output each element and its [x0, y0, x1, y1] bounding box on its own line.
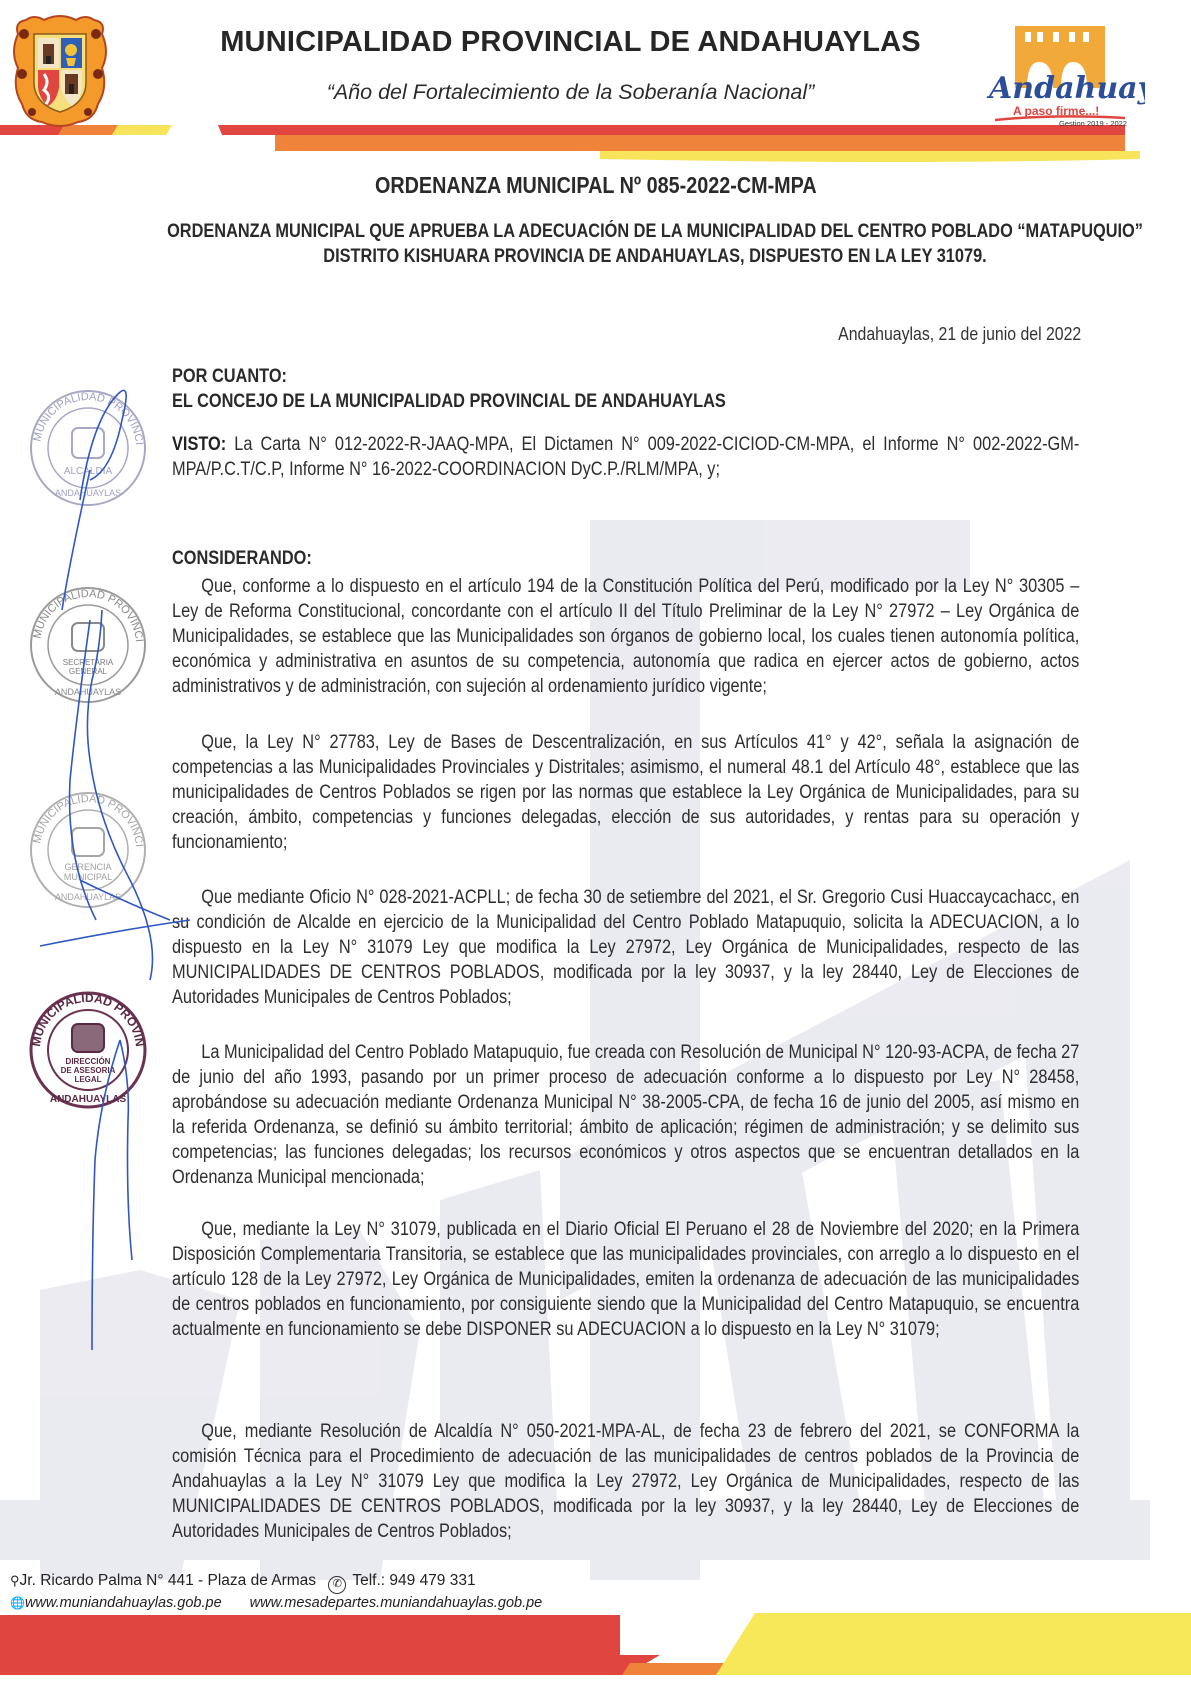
svg-text:MUNICIPALIDAD PROVINCIAL: MUNICIPALIDAD PROVINCIAL [28, 585, 145, 643]
svg-text:ANDAHUAYLAS: ANDAHUAYLAS [50, 1094, 127, 1105]
por-cuanto-heading: POR CUANTO: [172, 366, 287, 388]
footer-websites: 🌐www.muniandahuaylas.gob.pewww.mesadepar… [10, 1595, 542, 1611]
svg-text:GERENCIA: GERENCIA [64, 862, 111, 872]
phone-icon: ✆ [328, 1576, 346, 1594]
considerando-paragraph-2: Que, la Ley N° 27783, Ley de Bases de De… [172, 730, 1079, 855]
svg-text:MUNICIPALIDAD PROVINCIAL: MUNICIPALIDAD PROVINCIAL [28, 388, 145, 446]
ordinance-subject: ORDENANZA MUNICIPAL QUE APRUEBA LA ADECU… [160, 219, 1150, 269]
considerando-paragraph-1: Que, conforme a lo dispuesto en el artíc… [172, 574, 1079, 699]
considerando-heading: CONSIDERANDO: [172, 548, 312, 570]
svg-text:Andahuaylas: Andahuaylas [986, 71, 1145, 106]
svg-text:Gestion 2019 - 2022: Gestion 2019 - 2022 [1059, 119, 1127, 128]
phone-number: Telf.: 949 479 331 [352, 1572, 475, 1589]
globe-icon: 🌐 [10, 1596, 25, 1610]
svg-text:GENERAL: GENERAL [69, 667, 108, 676]
stamp-asesoria-legal: MUNICIPALIDAD PROVINCIAL DIRECCIÓN DE AS… [28, 990, 148, 1110]
svg-text:DIRECCIÓN: DIRECCIÓN [66, 1057, 111, 1066]
svg-text:ANDAHUAYLAS: ANDAHUAYLAS [55, 488, 121, 498]
visto-text: La Carta N° 012-2022-R-JAAQ-MPA, El Dict… [172, 434, 1079, 480]
visto-paragraph: VISTO: La Carta N° 012-2022-R-JAAQ-MPA, … [172, 432, 1079, 482]
svg-text:ANDAHUAYLAS: ANDAHUAYLAS [55, 892, 121, 902]
website-link[interactable]: www.muniandahuaylas.gob.pe [25, 1595, 222, 1611]
stamp-gerencia-municipal: MUNICIPALIDAD PROVINCIAL GERENCIA MUNICI… [28, 790, 148, 910]
footer-address: ⚲Jr. Ricardo Palma N° 441 - Plaza de Arm… [10, 1572, 476, 1594]
svg-text:MUNICIPAL: MUNICIPAL [64, 872, 112, 882]
considerando-paragraph-3: Que mediante Oficio N° 028-2021-ACPLL; d… [172, 885, 1079, 1010]
considerando-paragraph-5: Que, mediante la Ley N° 31079, publicada… [172, 1217, 1079, 1342]
mesa-de-partes-link[interactable]: www.mesadepartes.muniandahuaylas.gob.pe [250, 1595, 543, 1611]
considerando-paragraph-6: Que, mediante Resolución de Alcaldía N° … [172, 1419, 1079, 1544]
header-color-band [0, 125, 1191, 165]
visto-label: VISTO: [172, 434, 226, 455]
svg-text:ANDAHUAYLAS: ANDAHUAYLAS [55, 687, 121, 697]
andahuaylas-brand-logo: Andahuaylas A paso firme...! Gestion 201… [975, 18, 1145, 128]
considerando-paragraph-4: La Municipalidad del Centro Poblado Mata… [172, 1040, 1079, 1190]
svg-text:SECRETARIA: SECRETARIA [63, 658, 114, 667]
ordinance-number: ORDENANZA MUNICIPAL Nº 085-2022-CM-MPA [0, 172, 1191, 199]
location-pin-icon: ⚲ [10, 1573, 20, 1589]
council-heading: EL CONCEJO DE LA MUNICIPALIDAD PROVINCIA… [172, 391, 726, 413]
svg-text:ALCALDIA: ALCALDIA [64, 466, 113, 477]
arch-building-icon: Andahuaylas A paso firme...! Gestion 201… [975, 18, 1145, 128]
stamp-alcaldia: MUNICIPALIDAD PROVINCIAL ALCALDIA ANDAHU… [28, 388, 148, 508]
stamp-secretaria-general: MUNICIPALIDAD PROVINCIAL SECRETARIA GENE… [28, 585, 148, 705]
svg-text:DE ASESORIA: DE ASESORIA [61, 1066, 116, 1075]
date-place: Andahuaylas, 21 de junio del 2022 [838, 324, 1081, 345]
svg-text:MUNICIPALIDAD PROVINCIAL: MUNICIPALIDAD PROVINCIAL [28, 790, 145, 848]
svg-text:LEGAL: LEGAL [74, 1075, 101, 1084]
